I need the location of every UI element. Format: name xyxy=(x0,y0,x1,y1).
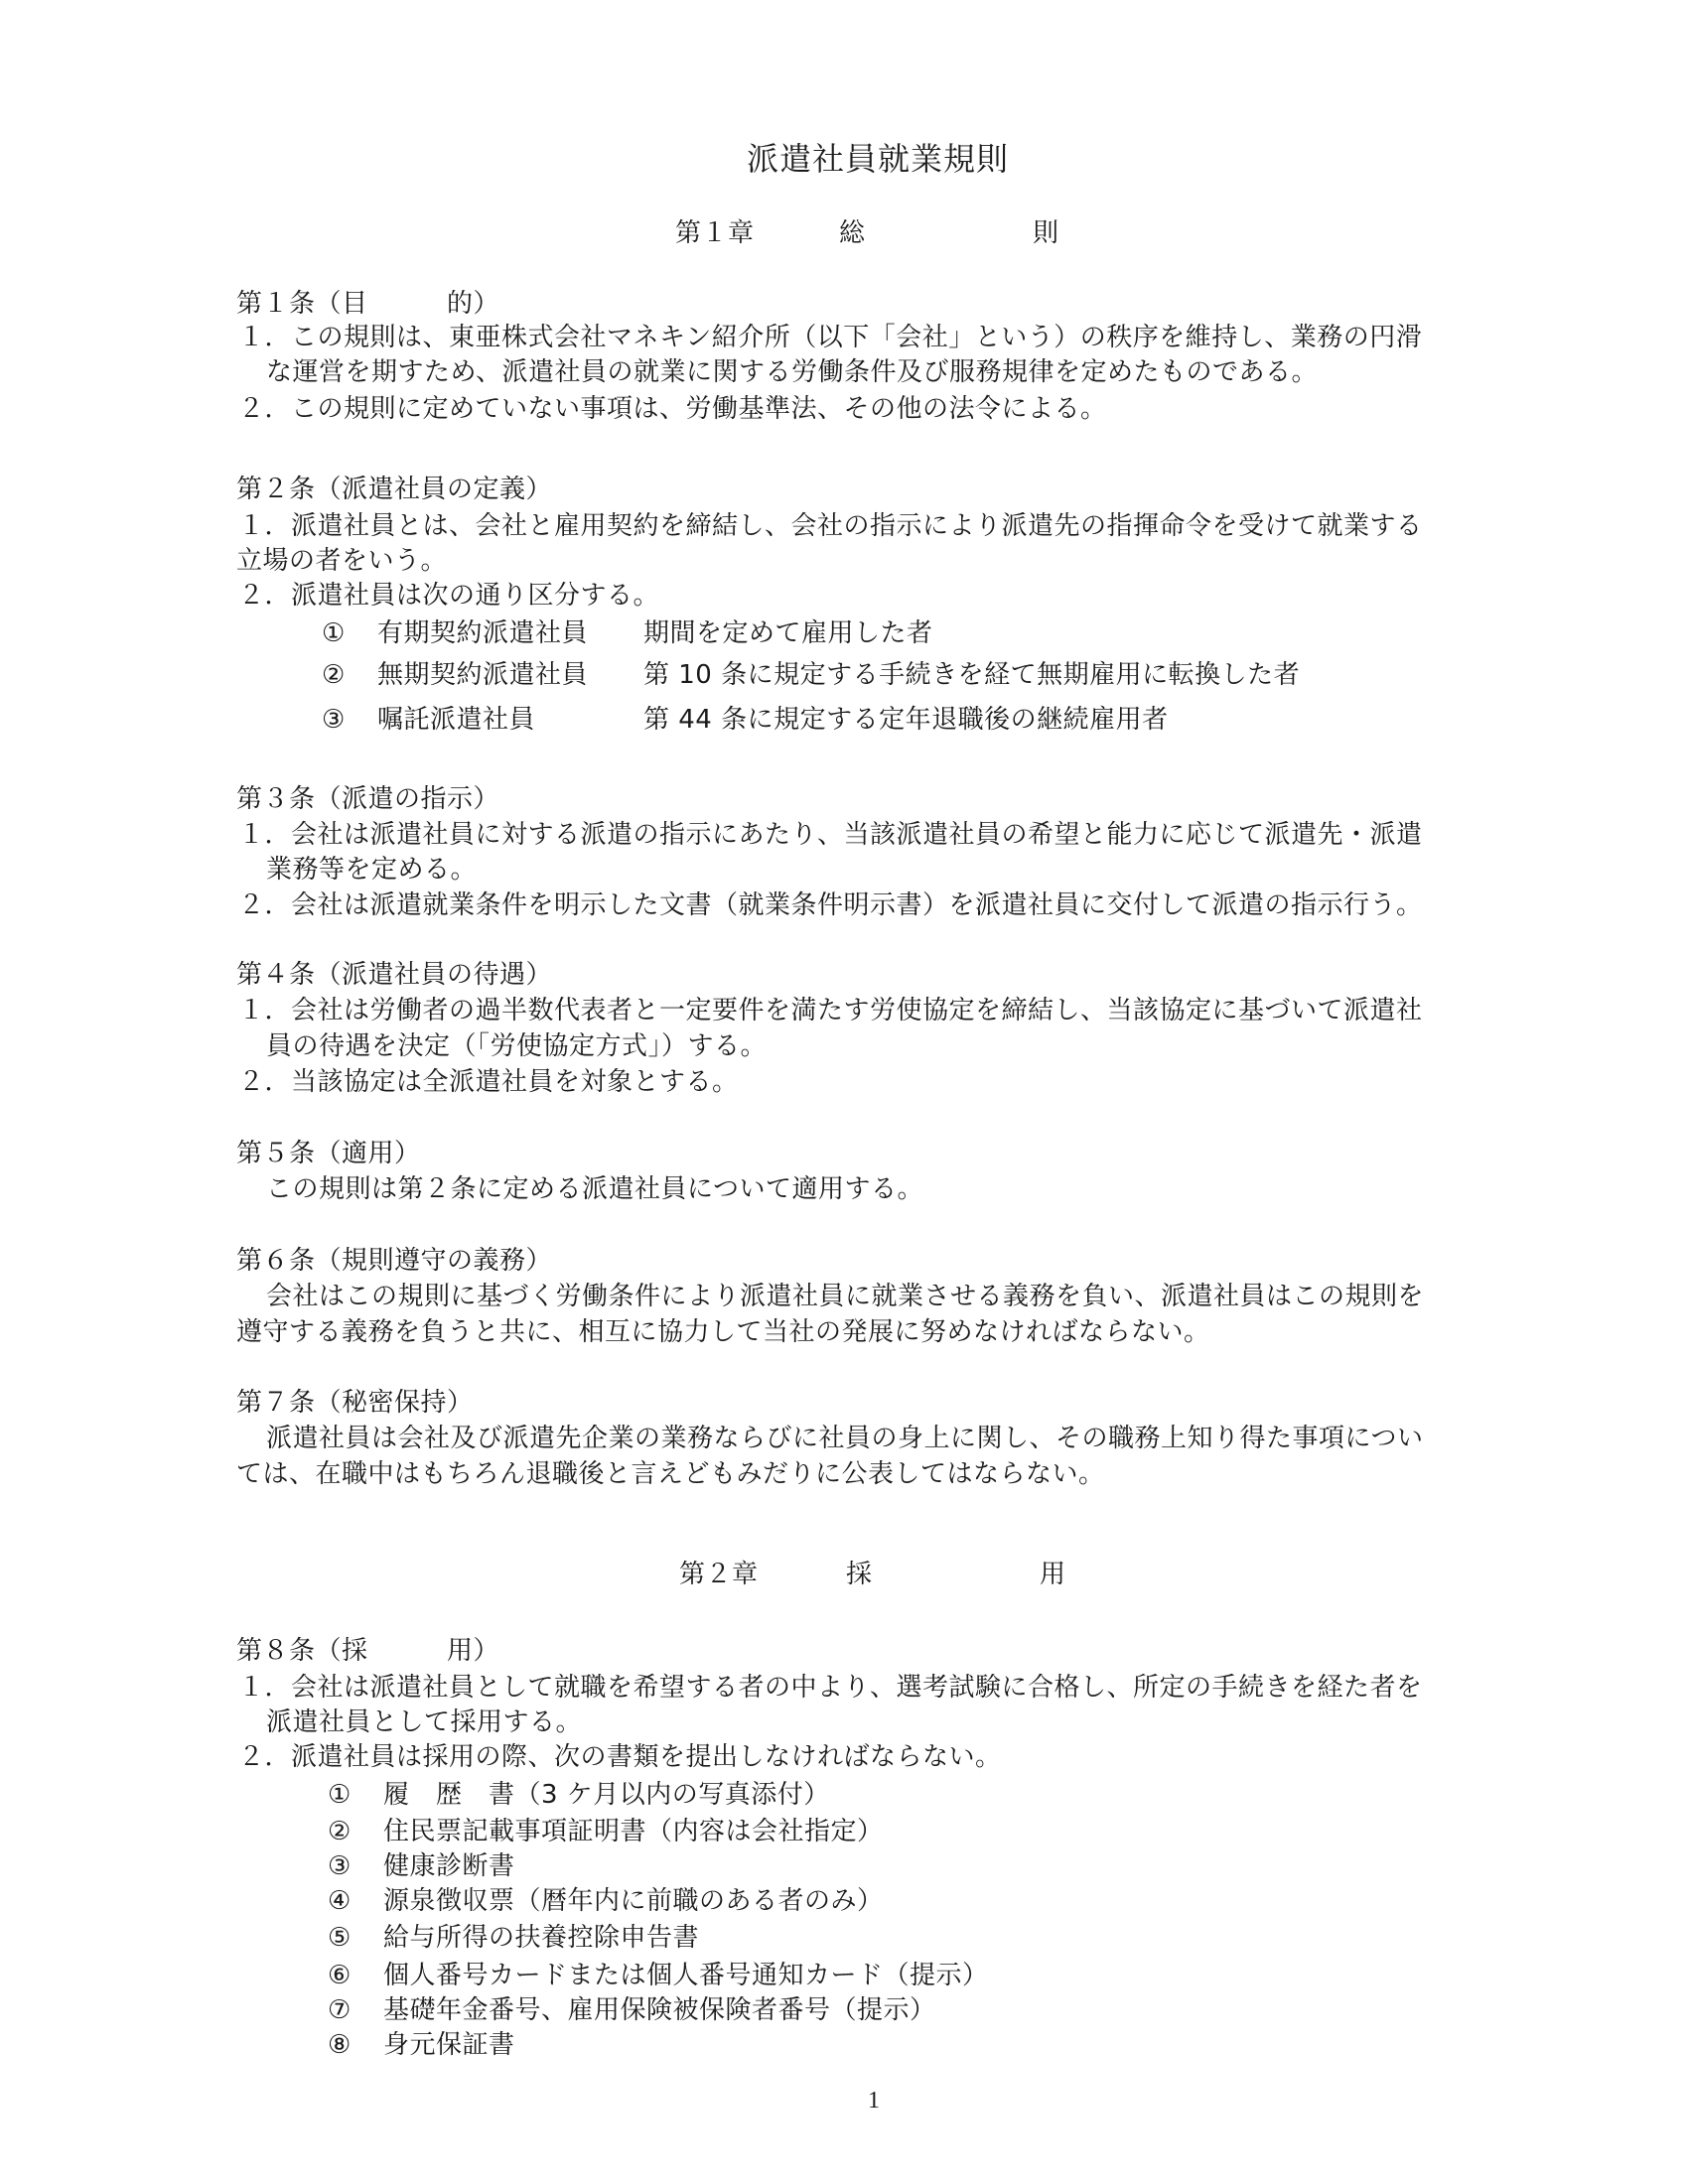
article-6-heading: 第６条（規則遵守の義務） xyxy=(236,1245,552,1277)
article-8-item-3-number: ③ xyxy=(328,1850,352,1882)
article-6-line-1: 会社はこの規則に基づく労働条件により派遣社員に就業させる義務を負い、派遣社員はこ… xyxy=(266,1281,1424,1312)
article-2-item-3-label: 嘱託派遣社員 xyxy=(377,704,535,736)
chapter-2-title-char-2: 用 xyxy=(1040,1559,1066,1590)
article-5-line-1: この規則は第２条に定める派遣社員について適用する。 xyxy=(266,1173,923,1205)
article-7-line-2: ては、在職中はもちろん退職後と言えどもみだりに公表してはならない。 xyxy=(236,1458,1105,1490)
article-8-item-4-number: ④ xyxy=(328,1885,352,1917)
article-8-item-5-number: ⑤ xyxy=(328,1922,352,1954)
article-8-item-6-number: ⑥ xyxy=(328,1960,352,1991)
article-3-line-1: １．会社は派遣社員に対する派遣の指示にあたり、当該派遣社員の希望と能力に応じて派… xyxy=(238,819,1423,851)
article-7-line-1: 派遣社員は会社及び派遣先企業の業務ならびに社員の身上に関し、その職務上知り得た事… xyxy=(266,1423,1423,1454)
article-8-item-6-label: 個人番号カードまたは個人番号通知カード（提示） xyxy=(383,1960,989,1991)
article-8-item-3-label: 健康診断書 xyxy=(383,1850,515,1882)
article-7-heading: 第７条（秘密保持） xyxy=(236,1387,474,1419)
article-8-item-1-label: 履 歴 書（3 ケ月以内の写真添付） xyxy=(383,1779,830,1811)
article-2-item-3-number: ③ xyxy=(322,704,346,736)
article-2-heading: 第２条（派遣社員の定義） xyxy=(236,474,552,505)
article-2-item-2-desc: 第 10 条に規定する手続きを経て無期雇用に転換した者 xyxy=(643,659,1300,691)
article-3-heading: 第３条（派遣の指示） xyxy=(236,783,499,815)
article-2-line-1: １．派遣社員とは、会社と雇用契約を締結し、会社の指示により派遣先の指揮命令を受け… xyxy=(238,510,1423,542)
article-8-item-2-number: ② xyxy=(328,1816,352,1847)
article-8-item-7-number: ⑦ xyxy=(328,1994,352,2026)
article-2-item-2-number: ② xyxy=(322,659,346,691)
article-8-item-7-label: 基礎年金番号、雇用保険被保険者番号（提示） xyxy=(383,1994,936,2026)
article-4-heading: 第４条（派遣社員の待遇） xyxy=(236,959,552,991)
article-8-item-5-label: 給与所得の扶養控除申告書 xyxy=(383,1922,699,1954)
article-8-heading: 第８条（採 用） xyxy=(236,1635,499,1667)
article-1-line-3: ２．この規則に定めていない事項は、労働基準法、その他の法令による。 xyxy=(238,393,1107,425)
chapter-2-label: 第２章 xyxy=(679,1559,759,1590)
article-8-item-8-number: ⑧ xyxy=(328,2029,352,2061)
article-1-line-1: １．この規則は、東亜株式会社マネキン紹介所（以下「会社」という）の秩序を維持し、… xyxy=(238,322,1422,353)
article-8-item-8-label: 身元保証書 xyxy=(383,2029,515,2061)
chapter-1-title-char-2: 則 xyxy=(1033,217,1059,249)
article-8-item-1-number: ① xyxy=(328,1779,352,1811)
article-4-line-2: 員の待遇を決定（「労使協定方式」）する。 xyxy=(266,1030,767,1062)
page-number: 1 xyxy=(868,2085,881,2116)
article-8-line-1: １．会社は派遣社員として就職を希望する者の中より、選考試験に合格し、所定の手続き… xyxy=(238,1672,1423,1704)
document-page: 派遣社員就業規則 第１章 総 則 第１条（目 的） １．この規則は、東亜株式会社… xyxy=(0,0,1688,2184)
article-8-line-3: ２．派遣社員は採用の際、次の書類を提出しなければならない。 xyxy=(238,1741,1002,1773)
article-2-item-3-desc: 第 44 条に規定する定年退職後の継続雇用者 xyxy=(643,704,1169,736)
chapter-1-label: 第１章 xyxy=(675,217,755,249)
chapter-1-title-char-1: 総 xyxy=(839,217,866,249)
chapter-2-title-char-1: 採 xyxy=(846,1559,873,1590)
article-3-line-3: ２．会社は派遣就業条件を明示した文書（就業条件明示書）を派遣社員に交付して派遣の… xyxy=(238,889,1423,921)
article-1-line-2: な運営を期すため、派遣社員の就業に関する労働条件及び服務規律を定めたものである。 xyxy=(266,356,1318,388)
article-1-heading: 第１条（目 的） xyxy=(236,288,499,320)
article-2-line-2: 立場の者をいう。 xyxy=(236,545,447,577)
article-8-line-2: 派遣社員として採用する。 xyxy=(266,1706,582,1738)
article-5-heading: 第５条（適用） xyxy=(236,1138,421,1169)
article-4-line-3: ２．当該協定は全派遣社員を対象とする。 xyxy=(238,1066,739,1098)
article-2-item-1-number: ① xyxy=(322,617,346,649)
article-2-item-1-label: 有期契約派遣社員 xyxy=(377,617,588,649)
article-4-line-1: １．会社は労働者の過半数代表者と一定要件を満たす労使協定を締結し、当該協定に基づ… xyxy=(238,995,1423,1026)
article-2-item-1-desc: 期間を定めて雇用した者 xyxy=(643,617,933,649)
article-2-item-2-label: 無期契約派遣社員 xyxy=(377,659,588,691)
article-6-line-2: 遵守する義務を負うと共に、相互に協力して当社の発展に努めなければならない。 xyxy=(236,1316,1210,1348)
article-2-line-3: ２．派遣社員は次の通り区分する。 xyxy=(238,580,659,612)
article-8-item-2-label: 住民票記載事項証明書（内容は会社指定） xyxy=(383,1816,884,1847)
document-title: 派遣社員就業規則 xyxy=(747,139,1009,179)
article-3-line-2: 業務等を定める。 xyxy=(266,854,477,886)
article-8-item-4-label: 源泉徴収票（暦年内に前職のある者のみ） xyxy=(383,1885,884,1917)
